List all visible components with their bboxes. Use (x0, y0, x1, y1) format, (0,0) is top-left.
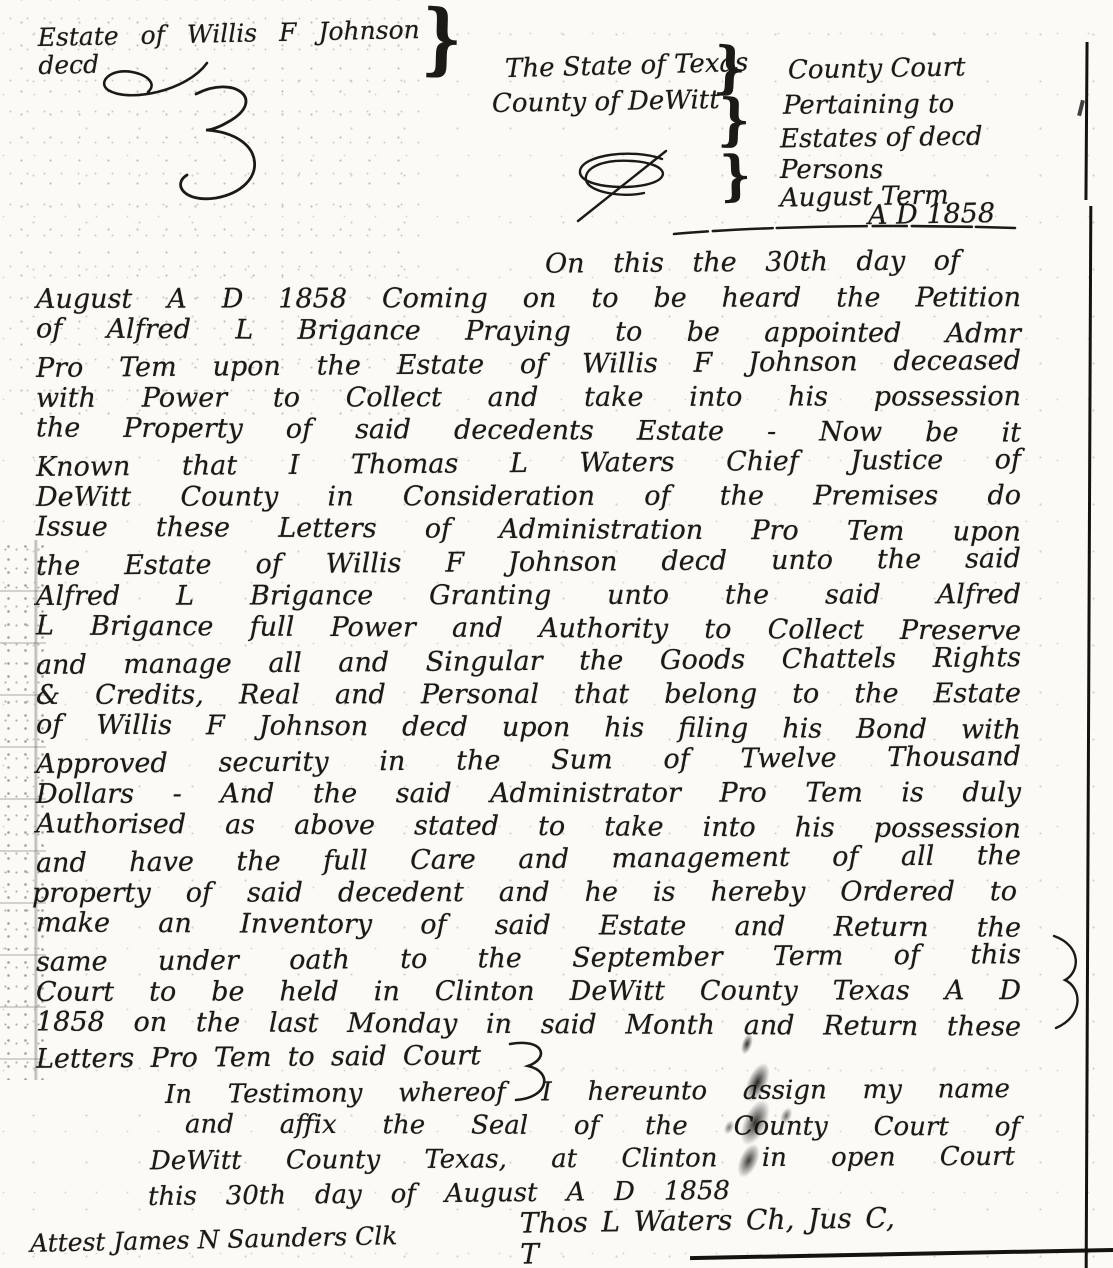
testimonium-line: DeWitt County Texas, at Clinton in open … (150, 1143, 1015, 1176)
page-edge-right-upper (1084, 42, 1088, 200)
body-line: Approved security in the Sum of Twelve T… (36, 742, 1021, 779)
testimonium-line: In Testimony whereof I hereunto assign m… (165, 1075, 1010, 1109)
right-margin-bracket-flourish (1048, 932, 1103, 1032)
clerk-attest-signature: Attest James N Saunders Clk (30, 1222, 398, 1257)
body-line: Known that I Thomas L Waters Chief Justi… (36, 445, 1021, 482)
body-line: August A D 1858 Coming on to be heard th… (36, 283, 1021, 314)
body-line: Issue these Letters of Administration Pr… (36, 512, 1021, 547)
court-term-line-1: County Court (788, 53, 966, 85)
body-line: Court to be held in Clinton DeWitt Count… (36, 976, 1021, 1007)
scanned-document-page: Estate of Willis F Johnson decd } The St… (0, 0, 1113, 1268)
header-brace-mark-3: } (719, 147, 752, 202)
oval-scribble-flourish (570, 145, 675, 230)
court-term-line-4: Persons (780, 156, 883, 185)
court-term-line-3: Estates of decd (780, 123, 983, 154)
jurisdiction-line-state: The State of Texas (505, 49, 749, 84)
body-line: L Brigance full Power and Authority to C… (36, 611, 1021, 646)
body-line: property of said decedent and he is here… (32, 877, 1017, 908)
body-line: Alfred L Brigance Granting unto the said… (36, 580, 1021, 611)
header-brace-mark-2: } (717, 91, 751, 148)
body-line: make an Inventory of said Estate and Ret… (36, 908, 1021, 943)
body-line: On this the 30th day of (545, 246, 960, 279)
page-edge-right-smudge (1077, 100, 1085, 116)
body-line: & Credits, Real and Personal that belong… (36, 679, 1021, 710)
body-line: the Property of said decedents Estate - … (36, 413, 1021, 448)
jurisdiction-line-county: County of DeWitt (492, 86, 720, 119)
body-line: DeWitt County in Consideration of the Pr… (36, 481, 1021, 512)
term-underline-flourish (672, 222, 1017, 238)
body-line: and manage all and Singular the Goods Ch… (36, 643, 1021, 680)
body-line: Dollars - And the said Administrator Pro… (36, 778, 1021, 809)
body-line: Letters Pro Tem to said Court (36, 1041, 481, 1074)
large-paraph-flourish (168, 80, 278, 210)
body-line: with Power to Collect and take into his … (36, 382, 1021, 413)
body-line: Authorised as above stated to take into … (36, 809, 1021, 844)
body-line: Pro Tem upon the Estate of Willis F John… (36, 346, 1021, 383)
body-line: same under oath to the September Term of… (36, 940, 1021, 977)
testimonium-line: and affix the Seal of the County Court o… (185, 1111, 1020, 1143)
body-line: of Alfred L Brigance Praying to be appoi… (36, 314, 1021, 349)
caption-brace-mark: } (420, 0, 463, 79)
body-line: and have the full Care and management of… (36, 841, 1021, 878)
court-term-line-2: Pertaining to (783, 90, 954, 120)
body-line: of Willis F Johnson decd upon his filing… (36, 710, 1021, 745)
page-edge-right-lower (1085, 206, 1093, 1268)
body-line: the Estate of Willis F Johnson decd unto… (36, 544, 1021, 581)
